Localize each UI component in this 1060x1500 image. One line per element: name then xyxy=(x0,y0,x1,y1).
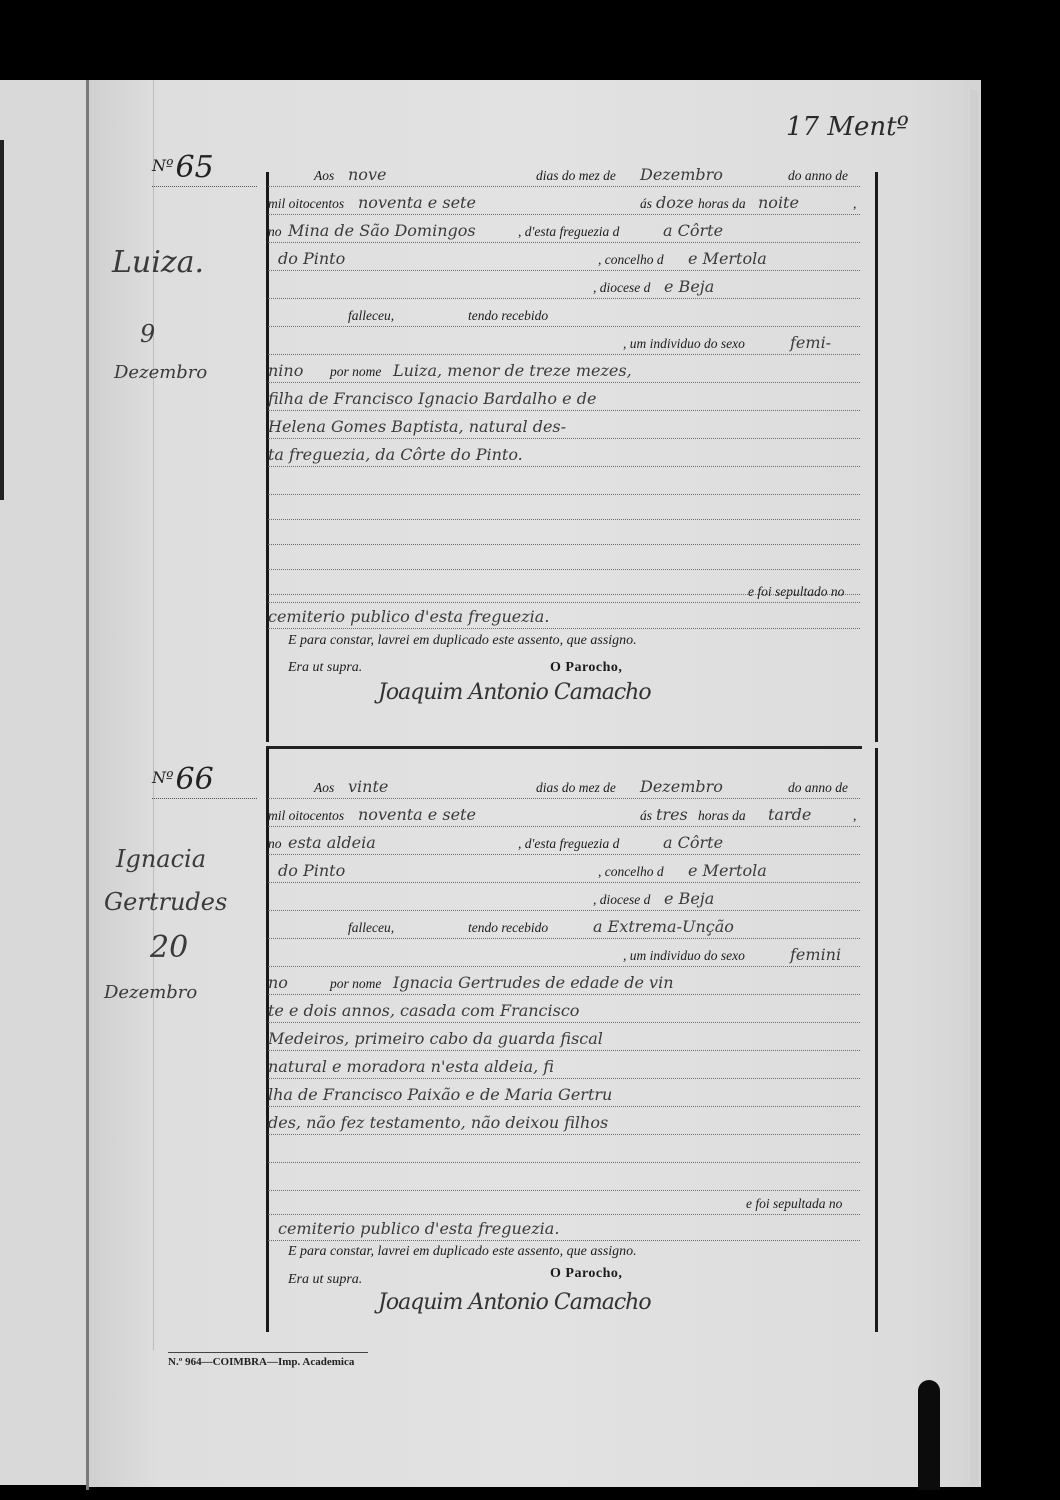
text: , um individuo do sexo xyxy=(623,336,745,352)
line-blank xyxy=(268,470,860,495)
handwritten-text: ta freguezia, da Côrte do Pinto. xyxy=(268,445,523,464)
text: , xyxy=(853,808,856,824)
line-sexo: , um individuo do sexo femi- xyxy=(268,330,860,355)
line-blank xyxy=(268,520,860,545)
text: , diocese d xyxy=(593,892,650,908)
handwritten-parish-cont: do Pinto xyxy=(278,861,345,880)
line-year: mil oitocentos noventa e sete ás tres ho… xyxy=(268,802,860,827)
era-ut-supra: Era ut supra. xyxy=(288,660,362,676)
handwritten-year: noventa e sete xyxy=(358,193,476,212)
line-body: natural e moradora n'esta aldeia, fi xyxy=(268,1054,860,1079)
number-value: 65 xyxy=(176,150,214,185)
handwritten-month: Dezembro xyxy=(640,165,723,184)
margin-day: 9 xyxy=(140,320,155,348)
handwritten-text: te e dois annos, casada com Francisco xyxy=(268,1001,579,1020)
page-right-edge xyxy=(970,90,978,1485)
text: falleceu, xyxy=(348,920,394,936)
text: tendo recebido xyxy=(468,308,548,324)
closing-statement: E para constar, lavrei em duplicado este… xyxy=(288,1244,637,1260)
handwritten-text: Helena Gomes Baptista, natural des- xyxy=(268,417,566,436)
era-ut-supra: Era ut supra. xyxy=(288,1272,362,1288)
handwritten-place: esta aldeia xyxy=(288,833,376,852)
handwritten-period: tarde xyxy=(768,805,811,824)
text: e foi sepultada no xyxy=(746,1196,842,1212)
handwritten-concelho: e Mertola xyxy=(688,861,767,880)
parocho-label: O Parocho, xyxy=(550,660,622,676)
margin-name-first: Ignacia xyxy=(116,845,206,873)
text: falleceu, xyxy=(348,308,394,324)
text: do anno de xyxy=(788,168,848,184)
text: no xyxy=(268,224,282,240)
number-label: Nº xyxy=(152,768,174,787)
text: tendo recebido xyxy=(468,920,548,936)
handwritten-text: cemiterio publico d'esta freguezia. xyxy=(268,607,549,626)
handwritten-day: nove xyxy=(348,165,386,184)
line-diocese: , diocese d e Beja xyxy=(268,274,860,299)
text: , xyxy=(853,196,856,212)
handwritten-sex: femi- xyxy=(790,333,831,352)
handwritten-text: cemiterio publico d'esta freguezia. xyxy=(278,1219,559,1238)
handwritten-place: Mina de São Domingos xyxy=(288,221,476,240)
priest-signature: Joaquim Antonio Camacho xyxy=(378,1290,651,1315)
handwritten-sex: femini xyxy=(790,945,841,964)
text: ás xyxy=(640,196,652,212)
line-sepultado: e foi sepultada no xyxy=(268,1190,860,1215)
handwritten-sacrament: a Extrema-Unção xyxy=(593,917,734,936)
binding-gutter xyxy=(86,80,89,1490)
line-body: des, não fez testamento, não deixou filh… xyxy=(268,1110,860,1135)
handwritten-name: Luiza, menor de treze mezes, xyxy=(393,361,632,380)
text: e foi sepultado no xyxy=(748,584,844,600)
text: ás xyxy=(640,808,652,824)
line-body: Medeiros, primeiro cabo da guarda fiscal xyxy=(268,1026,860,1051)
margin-day: 20 xyxy=(150,930,188,965)
printer-imprint: N.º 964—COIMBRA—Imp. Academica xyxy=(168,1352,368,1368)
priest-signature: Joaquim Antonio Camacho xyxy=(378,680,651,705)
bookmark-ribbon xyxy=(918,1380,940,1490)
text: , um individuo do sexo xyxy=(623,948,745,964)
handwritten-month: Dezembro xyxy=(640,777,723,796)
handwritten-text: Medeiros, primeiro cabo da guarda fiscal xyxy=(268,1029,603,1048)
entry-divider xyxy=(266,746,862,749)
line-blank xyxy=(268,545,860,570)
handwritten-text: filha de Francisco Ignacio Bardalho e de xyxy=(268,389,596,408)
text: Aos xyxy=(314,168,334,184)
text: por nome xyxy=(330,364,381,380)
left-page-shadow xyxy=(0,140,4,500)
handwritten-hour: tres xyxy=(656,805,688,824)
line-blank xyxy=(268,495,860,520)
number-value: 66 xyxy=(176,762,214,797)
text: , concelho d xyxy=(598,864,664,880)
line-falleceu: falleceu, tendo recebido xyxy=(268,302,860,327)
text: , d'esta freguezia d xyxy=(518,224,619,240)
line-nome: nino por nome Luiza, menor de treze meze… xyxy=(268,358,860,383)
line-cemiterio: cemiterio publico d'esta freguezia. xyxy=(268,1216,860,1241)
entry-number: Nº65 xyxy=(152,150,257,187)
number-label: Nº xyxy=(152,156,174,175)
handwritten-text: lha de Francisco Paixão e de Maria Gertr… xyxy=(268,1085,612,1104)
line-nome: no por nome Ignacia Gertrudes de edade d… xyxy=(268,970,860,995)
handwritten-parish: a Côrte xyxy=(663,221,723,240)
line-falleceu: falleceu, tendo recebido a Extrema-Unção xyxy=(268,914,860,939)
text: horas da xyxy=(698,808,746,824)
parocho-label: O Parocho, xyxy=(550,1266,622,1282)
frame-right-rule xyxy=(875,172,878,742)
handwritten-hour: doze xyxy=(656,193,694,212)
margin-name-surname: Gertrudes xyxy=(104,888,227,916)
line-cemiterio: cemiterio publico d'esta freguezia. xyxy=(268,604,860,629)
handwritten-name: Ignacia Gertrudes de edade de vin xyxy=(393,973,674,992)
handwritten-parish-cont: do Pinto xyxy=(278,249,345,268)
line-blank xyxy=(268,1166,860,1191)
frame-right-rule xyxy=(875,748,878,1332)
line-year: mil oitocentos noventa e sete ás doze ho… xyxy=(268,190,860,215)
text: por nome xyxy=(330,976,381,992)
line-place: no Mina de São Domingos , d'esta freguez… xyxy=(268,218,860,243)
line-concelho: do Pinto , concelho d e Mertola xyxy=(268,246,860,271)
text: mil oitocentos xyxy=(268,196,344,212)
text: , d'esta freguezia d xyxy=(518,836,619,852)
line-date: Aos nove dias do mez de Dezembro do anno… xyxy=(268,162,860,187)
line-body: ta freguezia, da Côrte do Pinto. xyxy=(268,442,860,467)
text: , diocese d xyxy=(593,280,650,296)
handwritten-text: des, não fez testamento, não deixou filh… xyxy=(268,1113,608,1132)
line-diocese: , diocese d e Beja xyxy=(268,886,860,911)
line-date: Aos vinte dias do mez de Dezembro do ann… xyxy=(268,774,860,799)
folio-number: 17 Mentº xyxy=(786,112,909,142)
handwritten-concelho: e Mertola xyxy=(688,249,767,268)
handwritten-diocese: e Beja xyxy=(664,277,714,296)
text: , concelho d xyxy=(598,252,664,268)
text: dias do mez de xyxy=(536,780,616,796)
handwritten-diocese: e Beja xyxy=(664,889,714,908)
line-concelho: do Pinto , concelho d e Mertola xyxy=(268,858,860,883)
line-body: te e dois annos, casada com Francisco xyxy=(268,998,860,1023)
text: horas da xyxy=(698,196,746,212)
left-page-edge xyxy=(0,80,90,1485)
margin-month: Dezembro xyxy=(114,362,207,383)
text: no xyxy=(268,836,282,852)
line-place: no esta aldeia , d'esta freguezia d a Cô… xyxy=(268,830,860,855)
text: do anno de xyxy=(788,780,848,796)
line-body: filha de Francisco Ignacio Bardalho e de xyxy=(268,386,860,411)
margin-name: Luiza. xyxy=(112,245,204,280)
handwritten-year: noventa e sete xyxy=(358,805,476,824)
handwritten-sex-cont: no xyxy=(268,973,288,992)
closing-statement: E para constar, lavrei em duplicado este… xyxy=(288,633,637,649)
handwritten-sex-cont: nino xyxy=(268,361,303,380)
handwritten-parish: a Côrte xyxy=(663,833,723,852)
handwritten-period: noite xyxy=(758,193,799,212)
line-sepultado: e foi sepultado no xyxy=(268,578,860,603)
line-sexo: , um individuo do sexo femini xyxy=(268,942,860,967)
text: Aos xyxy=(314,780,334,796)
margin-month: Dezembro xyxy=(104,982,197,1003)
text: mil oitocentos xyxy=(268,808,344,824)
line-body: lha de Francisco Paixão e de Maria Gertr… xyxy=(268,1082,860,1107)
entry-number: Nº66 xyxy=(152,762,257,799)
line-body: Helena Gomes Baptista, natural des- xyxy=(268,414,860,439)
line-blank xyxy=(268,1138,860,1163)
handwritten-text: natural e moradora n'esta aldeia, fi xyxy=(268,1057,554,1076)
text: dias do mez de xyxy=(536,168,616,184)
handwritten-day: vinte xyxy=(348,777,388,796)
